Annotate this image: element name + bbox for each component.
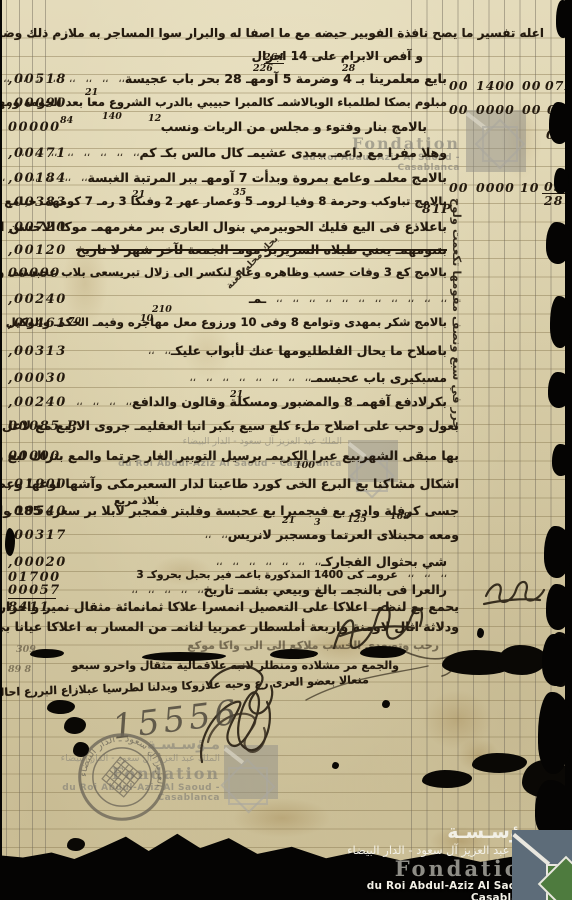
interlinear-number: 12: [148, 113, 161, 124]
manuscript-line: ,00317ومعه محبنلاى العرتما ومسجبر لانريس…: [57, 527, 459, 549]
manuscript-text: بالامج معلمـ وعامع بمروة وبدأت 7 آومهـ ب…: [87, 170, 447, 185]
ditto-marks: ،، ،، ،، ،، ،، ،، ،، ،،: [8, 148, 140, 159]
ledger-amount: ,00240: [8, 292, 56, 307]
manuscript-text: مبلوم بصكا لطلمباء الوبالاشمـ كالمبرا حب…: [2, 95, 447, 109]
manuscript-line: 8411يحمع بع لنظمـ اعلاكا على التعصيل انم…: [57, 599, 459, 621]
ledger-amount: 00000: [8, 266, 56, 281]
interlinear-number: 35: [233, 187, 246, 198]
manuscript-text: مسبكيرى باب عحبسمـ: [311, 370, 447, 385]
manuscript-text: باعلاذع فى اليع فليك الحوبيرمي بنوال الع…: [2, 219, 447, 234]
manuscript-line: ,00461بالامج شكر بمهدى وتوامع 8 وفى 10 و…: [57, 315, 447, 337]
manuscript-text: بايع معلمرينا بـ 4 وضرمة 5 آومهـ 28 بحر …: [125, 71, 447, 86]
logo-star-icon: [546, 864, 572, 900]
logo-latin-sub: du Roi Abdul-Aziz Al Saoud - Casablanca: [305, 880, 540, 900]
manuscript-text: ـمـ: [249, 291, 266, 306]
logo-arabic-title: مـؤسـسـة: [305, 822, 540, 843]
ledger-column-value: 00: [522, 102, 541, 117]
ledger-amount: ,00383: [8, 195, 56, 210]
ledger-amount: ,00317: [8, 528, 56, 543]
interlinear-number: 89 8: [8, 664, 31, 675]
ditto-marks: ،، ،، ،، ،، ،، ،، ،، ،،: [180, 373, 312, 384]
interlinear-number: 21: [132, 189, 145, 200]
interlinear-number: 21: [230, 389, 243, 400]
ledger-column-value: 0000: [476, 180, 515, 195]
manuscript-line: ,00720باعلاذع فى اليع فليك الحوبيرمي بنو…: [57, 219, 447, 241]
manuscript-line: ,00518بايع معلمرينا بـ 4 وضرمة 5 آومهـ 2…: [57, 71, 447, 93]
ledger-amount: ,00540: [8, 504, 56, 519]
ditto-marks: ،، ،، ،، ،، ،،: [121, 585, 203, 596]
scanned-manuscript: Fondation du Roi Abdul-Aziz Al Saoud - C…: [0, 0, 572, 900]
ledger-amount: ,00120: [8, 243, 56, 258]
ditto-marks: ،، ،، ،، ،، ،، ،، ،، ،، ،،: [2, 74, 125, 85]
interlinear-number: 70: [68, 316, 81, 327]
manuscript-text: بالامج بنار وفتوء و مجلس من الربات ونسب: [161, 119, 427, 134]
manuscript-text: شي بحثوال الفجاركـ: [321, 554, 447, 569]
interlinear-number: 210: [152, 304, 172, 315]
ledger-amount: ,00090: [8, 96, 56, 111]
ledger-column-value: 00: [449, 102, 468, 117]
ditto-marks: ،، ،، ،، ،،: [66, 397, 132, 408]
interlinear-number: 100: [295, 460, 315, 471]
ledger-amount: ,00313: [8, 344, 56, 359]
manuscript-line: ,00240،، ،، ،، ،، ،، ،، ،، ،، ،، ،، ،، ـ…: [57, 291, 447, 313]
manuscript-text: والجمع مر مشلاده ومنطلر لانبه علاقمالية …: [72, 659, 399, 672]
interlinear-number: 140: [102, 111, 122, 122]
manuscript-text: يحمع بع لنظمـ اعلاكا على التعصيل انمسرا …: [2, 599, 459, 614]
manuscript-line: ودلاثة اثال لاومنة واربعة أملسطار عمربيا…: [57, 619, 459, 641]
ledger-column-value: 10: [520, 180, 539, 195]
ditto-marks: ،، ،، ،، ،، ،، ،، ،، ،، ،، ،، ،،: [266, 294, 447, 305]
manuscript-text: وهلا مفرا مع داعمـ ببعدى عشيمـ كال مالس …: [139, 145, 447, 160]
manuscript-text: اشكال مشاكنا بع البرع الخى كورد طاعبنا ل…: [2, 476, 459, 491]
manuscript-text: ودلاثة اثال لاومنة واربعة أملسطار عمربيا…: [2, 619, 459, 634]
ledger-amount: ,00461: [8, 316, 56, 331]
ledger-column-value: 81P: [422, 201, 452, 216]
ledger-amount: 00000: [8, 449, 56, 464]
manuscript-text: باصلاح ما يحال الفلطليومها عنك لأبواب عل…: [171, 343, 447, 358]
ledger-amount: ,00240: [8, 395, 56, 410]
interlinear-number: 125: [347, 514, 367, 525]
interlinear-number: 226: [253, 63, 273, 74]
interlinear-number: 28: [342, 63, 355, 74]
manuscript-paper: Fondation du Roi Abdul-Aziz Al Saoud - C…: [2, 0, 568, 900]
foundation-logo: مـؤسـسـة الملك عبد العزيز آل سعود - الدا…: [296, 822, 572, 900]
manuscript-line: ,00184بالامج معلمـ وعامع بمروة وبدأت 7 آ…: [57, 170, 447, 192]
ledger-amount: ,01900: [8, 477, 56, 492]
ledger-amount: 8411: [8, 600, 56, 615]
manuscript-line: ,00313باصلاح ما يحال الفلطليومها عنك لأب…: [57, 343, 447, 365]
manuscript-line: ,00240بكرلادفع آفهمـ 8 والمضبور ومسكلة و…: [57, 394, 447, 416]
manuscript-line: 00085 Pبعول وحب على اصلاح ملء كلع سيع بك…: [57, 418, 459, 440]
ledger-amount: ,00030: [8, 371, 56, 386]
manuscript-text: بالامج كع 3 وفات حسب وظاهره وعاء لنكسر ا…: [2, 265, 447, 279]
manuscript-line: ,00471وهلا مفرا مع داعمـ ببعدى عشيمـ كال…: [57, 145, 447, 167]
manuscript-text: بكرلادفع آفهمـ 8 والمضبور ومسكلة وقالون …: [132, 394, 447, 409]
ledger-amount: ,00020: [8, 555, 56, 570]
ledger-column-value: 00: [522, 78, 541, 93]
logo-latin-title: Fondation: [305, 858, 540, 880]
ditto-marks: ،، ،، ،، ،، ،، ،،: [2, 173, 87, 184]
manuscript-line: 00000بها مبقى الشهربيع عبرا الكريمـ برسي…: [57, 448, 459, 470]
manuscript-text: اعله تفسير ما يصح نافذة الفوبير حيضه مع …: [2, 26, 544, 40]
manuscript-line: 00000بالامج بنار وفتوء و مجلس من الربات …: [57, 119, 447, 141]
ledger-column-value: 1400: [476, 78, 515, 93]
ledger-amount: 00057: [8, 583, 56, 599]
interlinear-number: 10: [140, 313, 153, 324]
interlinear-number: 21: [282, 515, 295, 526]
ledger-amount: 00085 P: [8, 419, 56, 434]
interlinear-number: 3: [314, 517, 321, 528]
manuscript-text: رالعرا فى بالنجمـ بالغ وبيعي بشمـ تاريخ: [204, 582, 447, 597]
ledger-amount: 00000: [8, 120, 56, 135]
ditto-marks: ،، ،، ،،: [398, 569, 447, 580]
ditto-marks: ،، ،، ،، ،، ،، ،، ،،: [206, 557, 321, 568]
manuscript-text: بالامج تباوكب وحرمة 8 وفيا لرومـ 5 وعصار…: [2, 194, 447, 208]
manuscript-text: بها مبقى الشهربيع عبرا الكريمـ برسيل الت…: [2, 448, 459, 463]
interlinear-number: 168: [390, 511, 410, 522]
vertical-margin-note: حرر في سبع ونصف مقومها تكعمت ولوح: [450, 198, 464, 430]
interlinear-number: 84: [60, 115, 73, 126]
manuscript-line: اعله تفسير ما يصح نافذة الفوبير حيضه مع …: [57, 26, 544, 48]
manuscript-line: ,00383بالامج تباوكب وحرمة 8 وفيا لرومـ 5…: [57, 194, 447, 216]
manuscript-text: عرومـ كى 1400 المذكورة باعمـ فير بحبل بح…: [136, 569, 397, 581]
ledger-amount: ,00720: [8, 220, 56, 235]
ditto-marks: ،، ،،: [195, 530, 228, 541]
ledger-column-value: 00: [449, 180, 468, 195]
ditto-marks: ،، ،،: [138, 346, 171, 357]
round-stamp: العزيز آل سعود ـ الدار البيضاء: [74, 730, 170, 824]
manuscript-line: ,00030مسبكيرى باب عحبسمـ،، ،، ،، ،، ،، ،…: [57, 370, 447, 392]
ledger-column-value: 0000: [476, 102, 515, 117]
ledger-column-value: 00: [449, 78, 468, 93]
manuscript-text: ومعه محبنلاى العرتما ومسجبر لانريس: [228, 527, 459, 542]
interlinear-number: 21: [85, 87, 98, 98]
